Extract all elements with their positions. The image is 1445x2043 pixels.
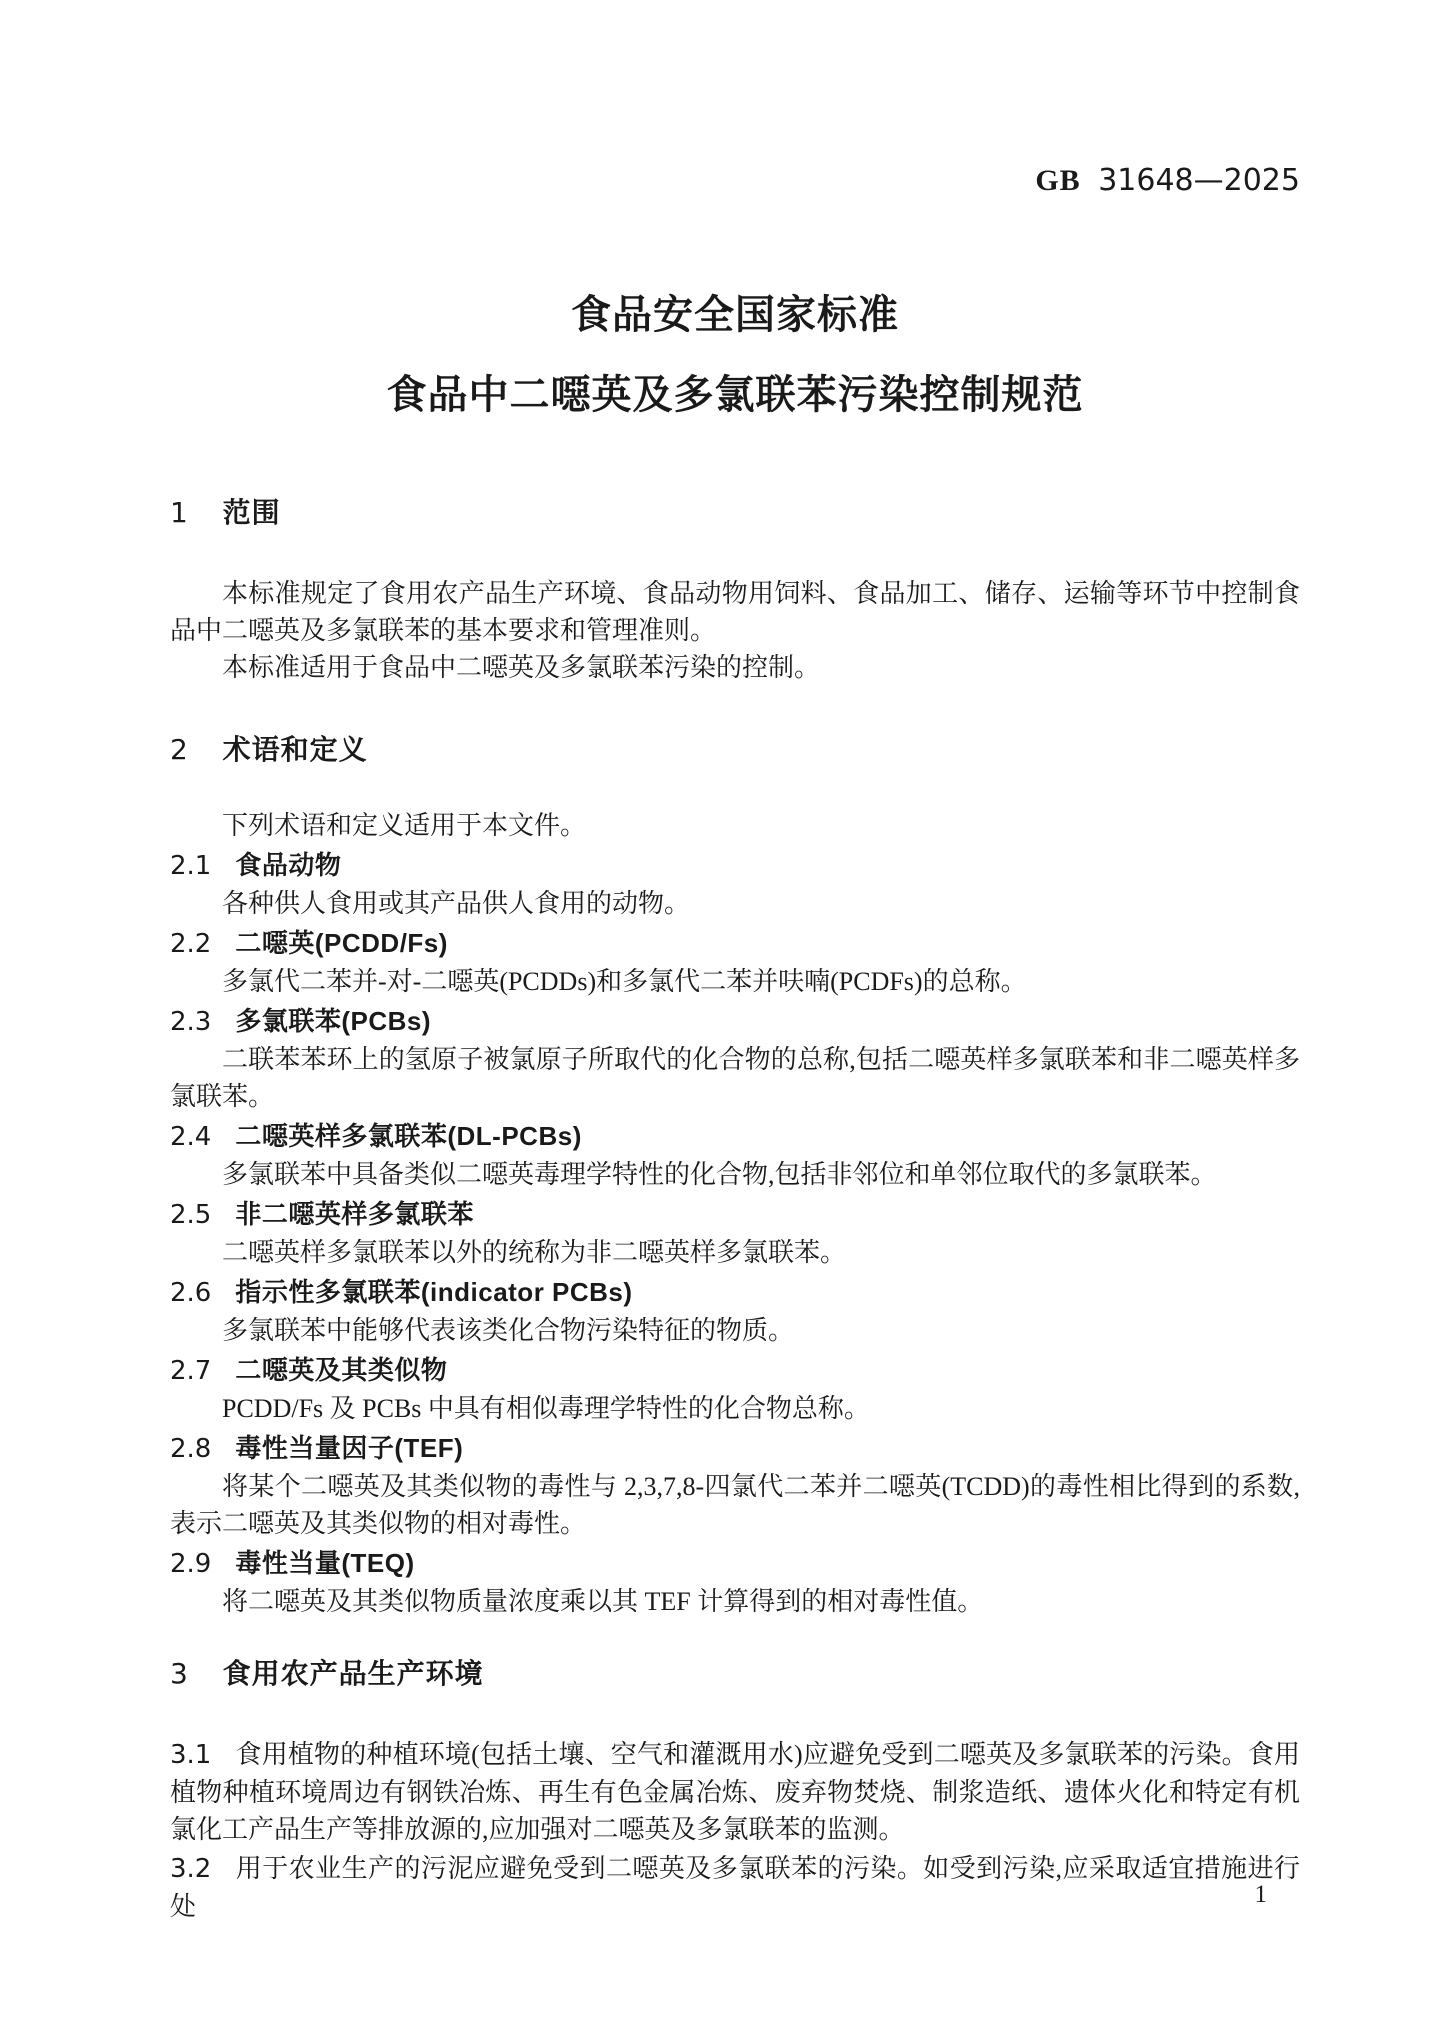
clause-text: 用于农业生产的污泥应避免受到二噁英及多氯联苯的污染。如受到污染,应采取适宜措施进… bbox=[170, 1854, 1300, 1921]
term-number: 2.9 bbox=[170, 1549, 211, 1579]
standard-code-prefix: GB bbox=[1035, 164, 1080, 197]
term-2-2: 2.2二噁英(PCDD/Fs) 多氯代二苯并-对-二噁英(PCDDs)和多氯代二… bbox=[170, 925, 1300, 1000]
term-number: 2.1 bbox=[170, 851, 211, 881]
terms-intro: 下列术语和定义适用于本文件。 bbox=[170, 807, 1300, 844]
term-definition: 各种供人食用或其产品供人食用的动物。 bbox=[170, 885, 1300, 922]
term-number: 2.7 bbox=[170, 1356, 211, 1386]
standard-code-number: 31648—2025 bbox=[1098, 163, 1300, 198]
term-name: 二噁英样多氯联苯(DL-PCBs) bbox=[235, 1121, 582, 1151]
term-name: 二噁英及其类似物 bbox=[235, 1355, 447, 1385]
term-2-4: 2.4二噁英样多氯联苯(DL-PCBs) 多氯联苯中具备类似二噁英毒理学特性的化… bbox=[170, 1118, 1300, 1193]
term-name: 二噁英(PCDD/Fs) bbox=[235, 928, 448, 958]
document-title-line1: 食品安全国家标准 bbox=[170, 293, 1300, 337]
section-2-number: 2 bbox=[170, 733, 188, 766]
scope-paragraph-1: 本标准规定了食用农产品生产环境、食品动物用饲料、食品加工、储存、运输等环节中控制… bbox=[170, 575, 1300, 649]
term-2-6: 2.6指示性多氯联苯(indicator PCBs) 多氯联苯中能够代表该类化合… bbox=[170, 1274, 1300, 1349]
term-2-1: 2.1食品动物 各种供人食用或其产品供人食用的动物。 bbox=[170, 847, 1300, 922]
term-definition: PCDD/Fs 及 PCBs 中具有相似毒理学特性的化合物总称。 bbox=[170, 1390, 1300, 1427]
term-name: 非二噁英样多氯联苯 bbox=[235, 1199, 474, 1229]
term-2-9: 2.9毒性当量(TEQ) 将二噁英及其类似物质量浓度乘以其 TEF 计算得到的相… bbox=[170, 1545, 1300, 1620]
section-1-heading: 1 范围 bbox=[170, 497, 1300, 529]
term-definition: 多氯代二苯并-对-二噁英(PCDDs)和多氯代二苯并呋喃(PCDFs)的总称。 bbox=[170, 963, 1300, 1000]
term-definition: 二噁英样多氯联苯以外的统称为非二噁英样多氯联苯。 bbox=[170, 1234, 1300, 1271]
clause-3-1: 3.1食用植物的种植环境(包括土壤、空气和灌溉用水)应避免受到二噁英及多氯联苯的… bbox=[170, 1736, 1300, 1848]
term-heading: 2.8毒性当量因子(TEF) bbox=[170, 1430, 1300, 1468]
term-name: 毒性当量(TEQ) bbox=[235, 1548, 414, 1578]
term-definition: 将二噁英及其类似物质量浓度乘以其 TEF 计算得到的相对毒性值。 bbox=[170, 1583, 1300, 1620]
clause-number: 3.1 bbox=[170, 1740, 211, 1770]
term-heading: 2.4二噁英样多氯联苯(DL-PCBs) bbox=[170, 1118, 1300, 1156]
document-title-line2: 食品中二噁英及多氯联苯污染控制规范 bbox=[170, 373, 1300, 417]
standard-code: GB 31648—2025 bbox=[170, 0, 1300, 196]
term-definition: 多氯联苯中能够代表该类化合物污染特征的物质。 bbox=[170, 1312, 1300, 1349]
term-number: 2.6 bbox=[170, 1278, 211, 1308]
term-number: 2.8 bbox=[170, 1434, 211, 1464]
term-number: 2.5 bbox=[170, 1200, 211, 1230]
document-page: GB 31648—2025 食品安全国家标准 食品中二噁英及多氯联苯污染控制规范… bbox=[0, 0, 1445, 2043]
term-heading: 2.6指示性多氯联苯(indicator PCBs) bbox=[170, 1274, 1300, 1312]
term-heading: 2.9毒性当量(TEQ) bbox=[170, 1545, 1300, 1583]
term-name: 食品动物 bbox=[235, 850, 341, 880]
term-number: 2.3 bbox=[170, 1007, 211, 1037]
section-3-heading: 3 食用农产品生产环境 bbox=[170, 1658, 1300, 1690]
clause-text: 食用植物的种植环境(包括土壤、空气和灌溉用水)应避免受到二噁英及多氯联苯的污染。… bbox=[170, 1740, 1300, 1844]
section-2-title: 术语和定义 bbox=[223, 734, 368, 765]
term-heading: 2.7二噁英及其类似物 bbox=[170, 1352, 1300, 1390]
term-2-5: 2.5非二噁英样多氯联苯 二噁英样多氯联苯以外的统称为非二噁英样多氯联苯。 bbox=[170, 1196, 1300, 1271]
term-number: 2.2 bbox=[170, 929, 211, 959]
term-heading: 2.2二噁英(PCDD/Fs) bbox=[170, 925, 1300, 963]
term-definition: 多氯联苯中具备类似二噁英毒理学特性的化合物,包括非邻位和单邻位取代的多氯联苯。 bbox=[170, 1156, 1300, 1193]
clause-number: 3.2 bbox=[170, 1854, 211, 1884]
term-name: 毒性当量因子(TEF) bbox=[235, 1433, 463, 1463]
section-3-title: 食用农产品生产环境 bbox=[223, 1658, 484, 1689]
term-name: 指示性多氯联苯(indicator PCBs) bbox=[235, 1277, 632, 1307]
clause-3-2: 3.2用于农业生产的污泥应避免受到二噁英及多氯联苯的污染。如受到污染,应采取适宜… bbox=[170, 1850, 1300, 1925]
term-heading: 2.5非二噁英样多氯联苯 bbox=[170, 1196, 1300, 1234]
term-2-3: 2.3多氯联苯(PCBs) 二联苯苯环上的氢原子被氯原子所取代的化合物的总称,包… bbox=[170, 1003, 1300, 1115]
term-2-8: 2.8毒性当量因子(TEF) 将某个二噁英及其类似物的毒性与 2,3,7,8-四… bbox=[170, 1430, 1300, 1542]
scope-paragraph-2: 本标准适用于食品中二噁英及多氯联苯污染的控制。 bbox=[170, 649, 1300, 686]
term-name: 多氯联苯(PCBs) bbox=[235, 1006, 431, 1036]
section-1-number: 1 bbox=[170, 496, 188, 529]
term-heading: 2.1食品动物 bbox=[170, 847, 1300, 885]
section-1-title: 范围 bbox=[223, 497, 281, 528]
section-3-number: 3 bbox=[170, 1657, 188, 1690]
term-2-7: 2.7二噁英及其类似物 PCDD/Fs 及 PCBs 中具有相似毒理学特性的化合… bbox=[170, 1352, 1300, 1427]
section-2-heading: 2 术语和定义 bbox=[170, 734, 1300, 766]
page-number: 1 bbox=[1255, 1876, 1268, 1913]
term-heading: 2.3多氯联苯(PCBs) bbox=[170, 1003, 1300, 1041]
term-definition: 二联苯苯环上的氢原子被氯原子所取代的化合物的总称,包括二噁英样多氯联苯和非二噁英… bbox=[170, 1041, 1300, 1115]
term-number: 2.4 bbox=[170, 1122, 211, 1152]
term-definition: 将某个二噁英及其类似物的毒性与 2,3,7,8-四氯代二苯并二噁英(TCDD)的… bbox=[170, 1468, 1300, 1542]
